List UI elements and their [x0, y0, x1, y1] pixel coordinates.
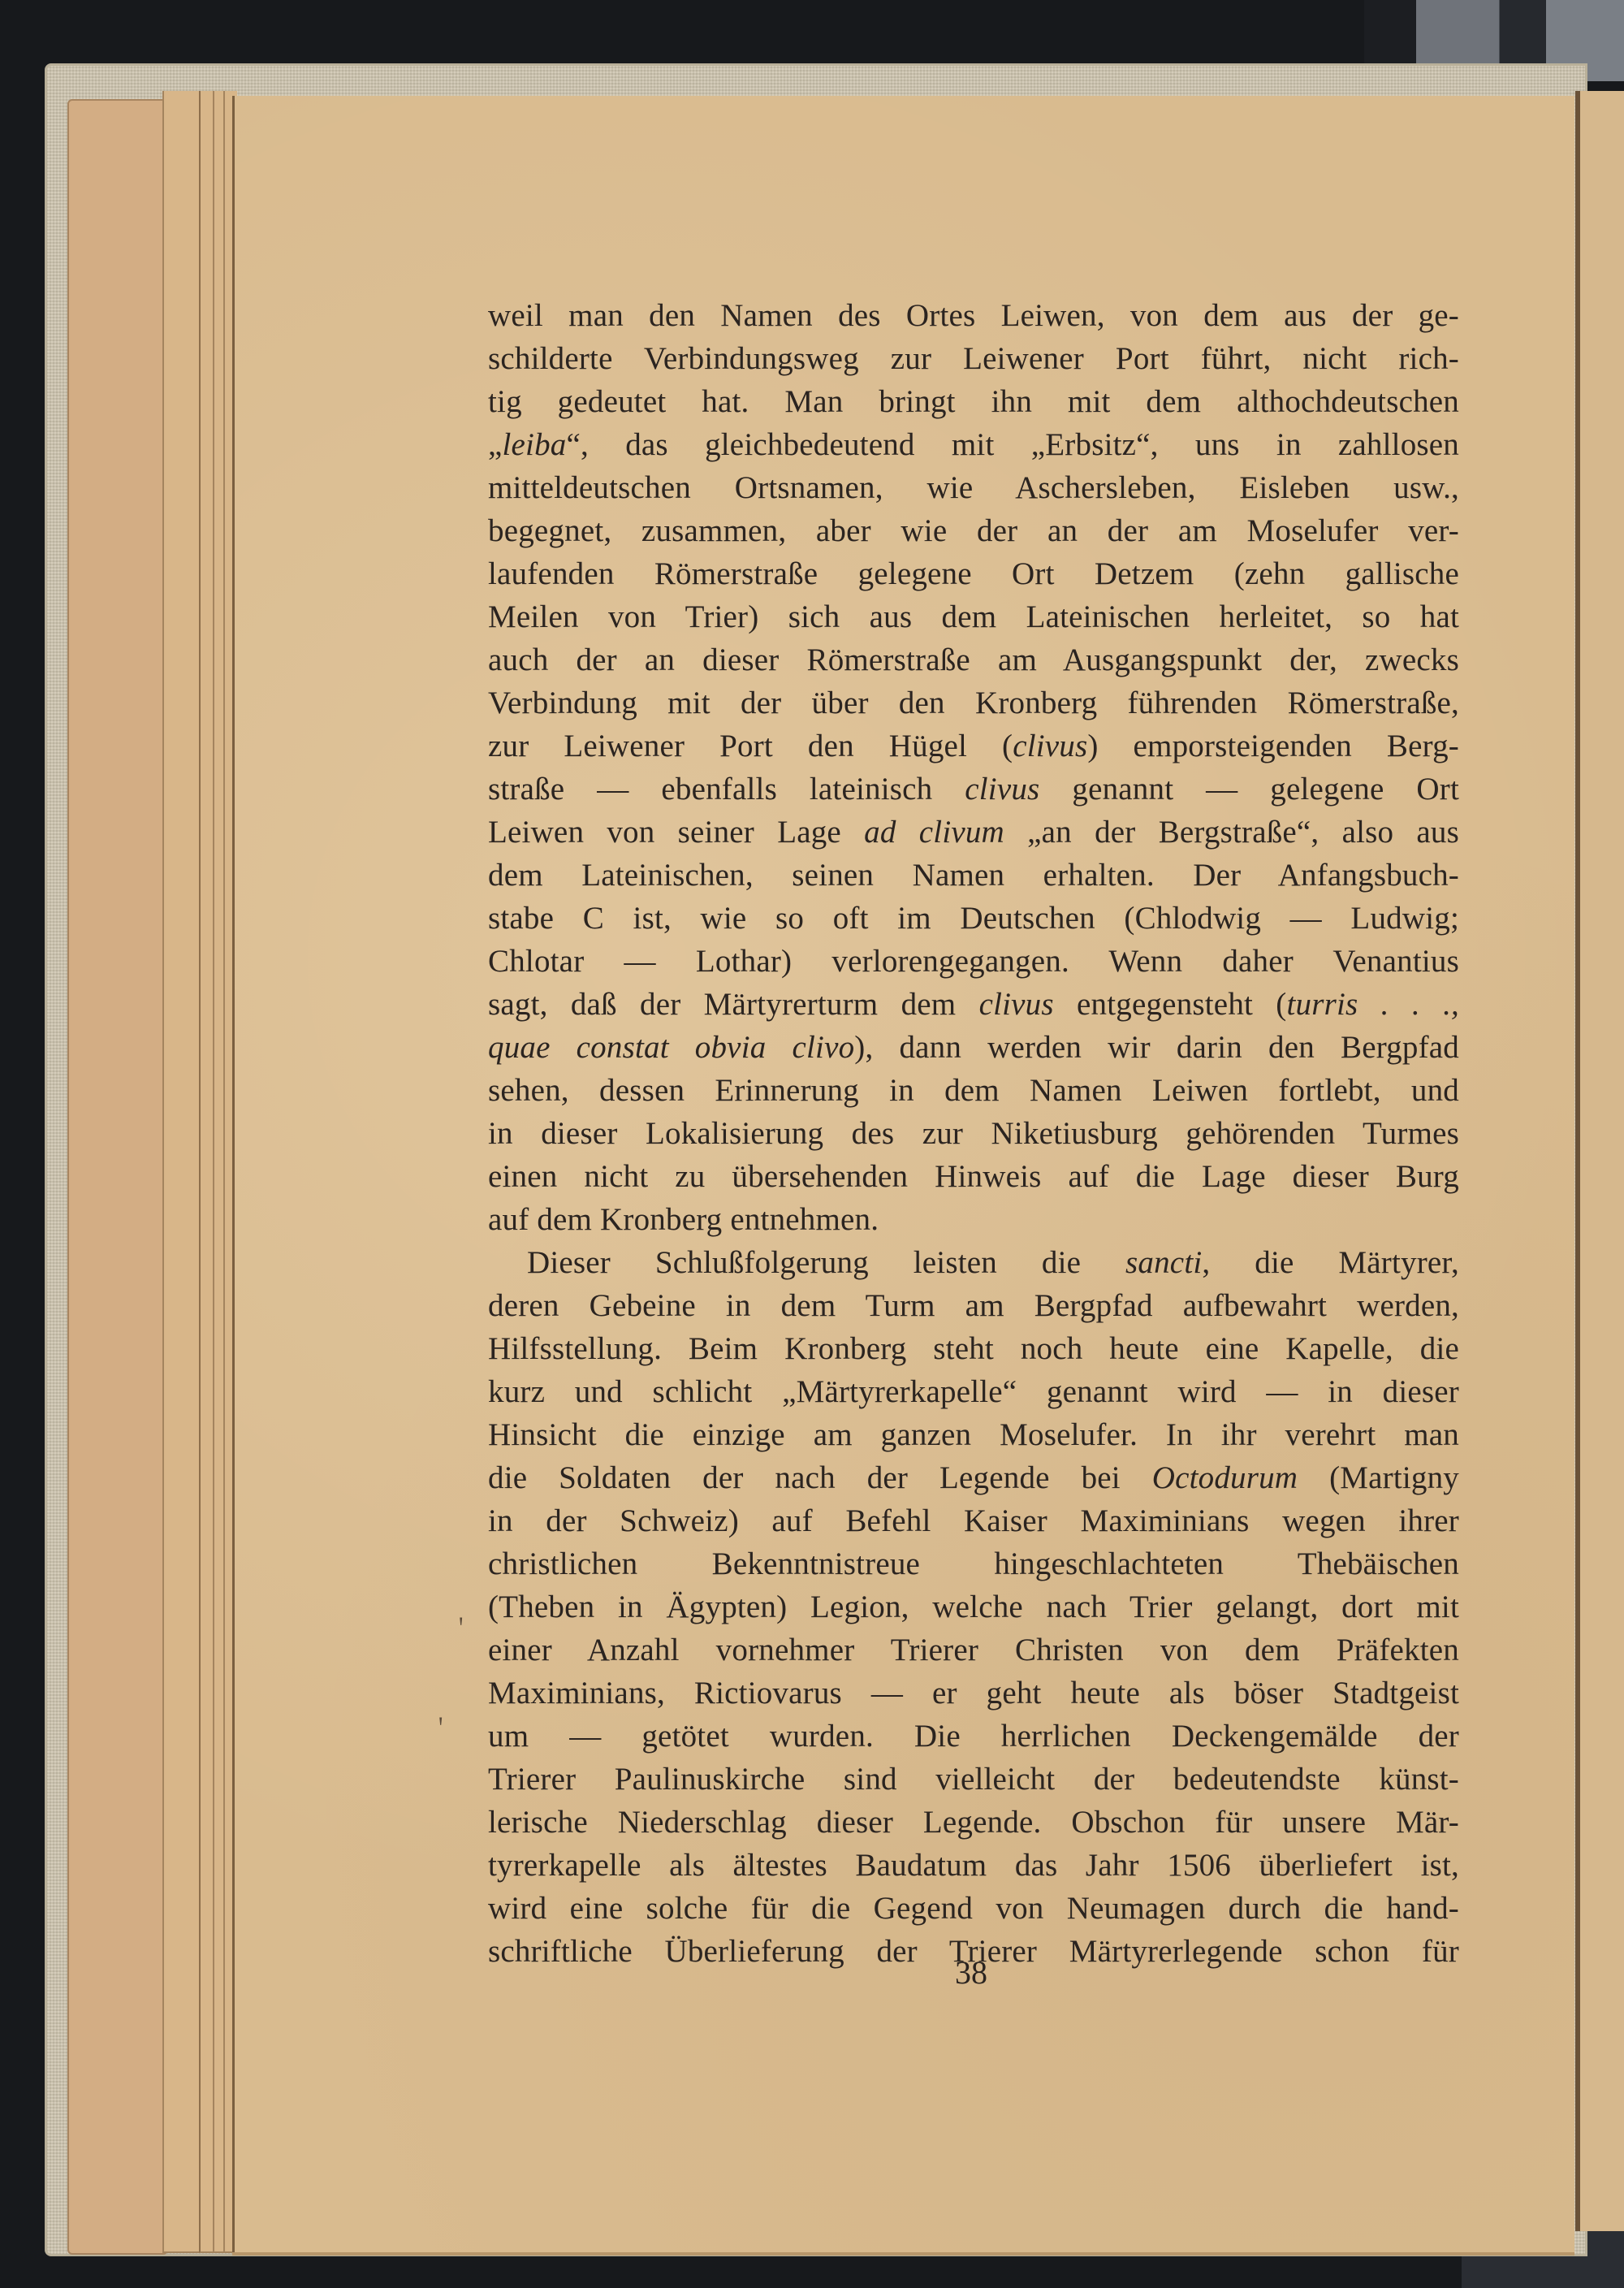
text-line: die Soldaten der nach der Legende bei Oc… — [488, 1456, 1459, 1499]
text-line: in dieser Lokalisierung des zur Niketius… — [488, 1112, 1459, 1155]
text-line: Verbindung mit der über den Kronberg füh… — [488, 681, 1459, 724]
text-line: tig gedeutet hat. Man bringt ihn mit dem… — [488, 380, 1459, 423]
text-line: christlichen Bekenntnistreue hingeschlac… — [488, 1542, 1459, 1585]
text-line: lerische Niederschlag dieser Legende. Ob… — [488, 1801, 1459, 1844]
text-line: Trierer Paulinuskirche sind vielleicht d… — [488, 1758, 1459, 1801]
text-line: auf dem Kronberg entnehmen. — [488, 1198, 1459, 1241]
text-line: Dieser Schlußfolgerung leisten die sanct… — [488, 1241, 1459, 1284]
text-line: deren Gebeine in dem Turm am Bergpfad au… — [488, 1284, 1459, 1327]
text-line: einen nicht zu übersehenden Hinweis auf … — [488, 1155, 1459, 1198]
text-line: einer Anzahl vornehmer Trierer Christen … — [488, 1628, 1459, 1672]
text-line: sehen, dessen Erinnerung in dem Namen Le… — [488, 1069, 1459, 1112]
text-line: auch der an dieser Römerstraße am Ausgan… — [488, 638, 1459, 681]
text-line: straße — ebenfalls lateinisch clivus gen… — [488, 768, 1459, 811]
text-line: tyrerkapelle als ältestes Baudatum das J… — [488, 1844, 1459, 1887]
text-line: dem Lateinischen, seinen Namen erhalten.… — [488, 854, 1459, 897]
text-line: wird eine solche für die Gegend von Neum… — [488, 1887, 1459, 1930]
text-line: um — getötet wurden. Die herrlichen Deck… — [488, 1715, 1459, 1758]
margin-mark: ꞌ — [438, 1712, 443, 1740]
text-line: stabe C ist, wie so oft im Deutschen (Ch… — [488, 897, 1459, 940]
text-line: „leiba“, das gleichbedeutend mit „Erbsit… — [488, 423, 1459, 466]
text-line: Hilfsstellung. Beim Kronberg steht noch … — [488, 1327, 1459, 1370]
text-line: Chlotar — Lothar) verlorengegangen. Wenn… — [488, 940, 1459, 983]
text-line: kurz und schlicht „Märtyrerkapelle“ gena… — [488, 1370, 1459, 1413]
text-line: Maximinians, Rictiovarus — er geht heute… — [488, 1672, 1459, 1715]
text-line: in der Schweiz) auf Befehl Kaiser Maximi… — [488, 1499, 1459, 1542]
text-line: zur Leiwener Port den Hügel (clivus) emp… — [488, 724, 1459, 768]
text-line: laufenden Römerstraße gelegene Ort Detze… — [488, 552, 1459, 595]
text-line: sagt, daß der Märtyrerturm dem clivus en… — [488, 983, 1459, 1026]
text-line: begegnet, zusammen, aber wie der an der … — [488, 509, 1459, 552]
margin-mark: ꞌ — [459, 1612, 463, 1640]
text-line: (Theben in Ägypten) Legion, welche nach … — [488, 1585, 1459, 1628]
endpaper — [67, 99, 168, 2255]
text-line: Meilen von Trier) sich aus dem Lateinisc… — [488, 595, 1459, 638]
text-line: schilderte Verbindungsweg zur Leiwener P… — [488, 337, 1459, 380]
page-number: 38 — [955, 1953, 987, 1992]
facing-page-edge — [1575, 91, 1624, 2231]
text-line: Hinsicht die einzige am ganzen Moselufer… — [488, 1413, 1459, 1456]
text-line: quae constat obvia clivo), dann werden w… — [488, 1026, 1459, 1069]
page-body-text: weil man den Namen des Ortes Leiwen, von… — [488, 294, 1459, 1973]
text-line: mitteldeutschen Ortsnamen, wie Aschersle… — [488, 466, 1459, 509]
text-line: weil man den Namen des Ortes Leiwen, von… — [488, 294, 1459, 337]
text-line: Leiwen von seiner Lage ad clivum „an der… — [488, 811, 1459, 854]
